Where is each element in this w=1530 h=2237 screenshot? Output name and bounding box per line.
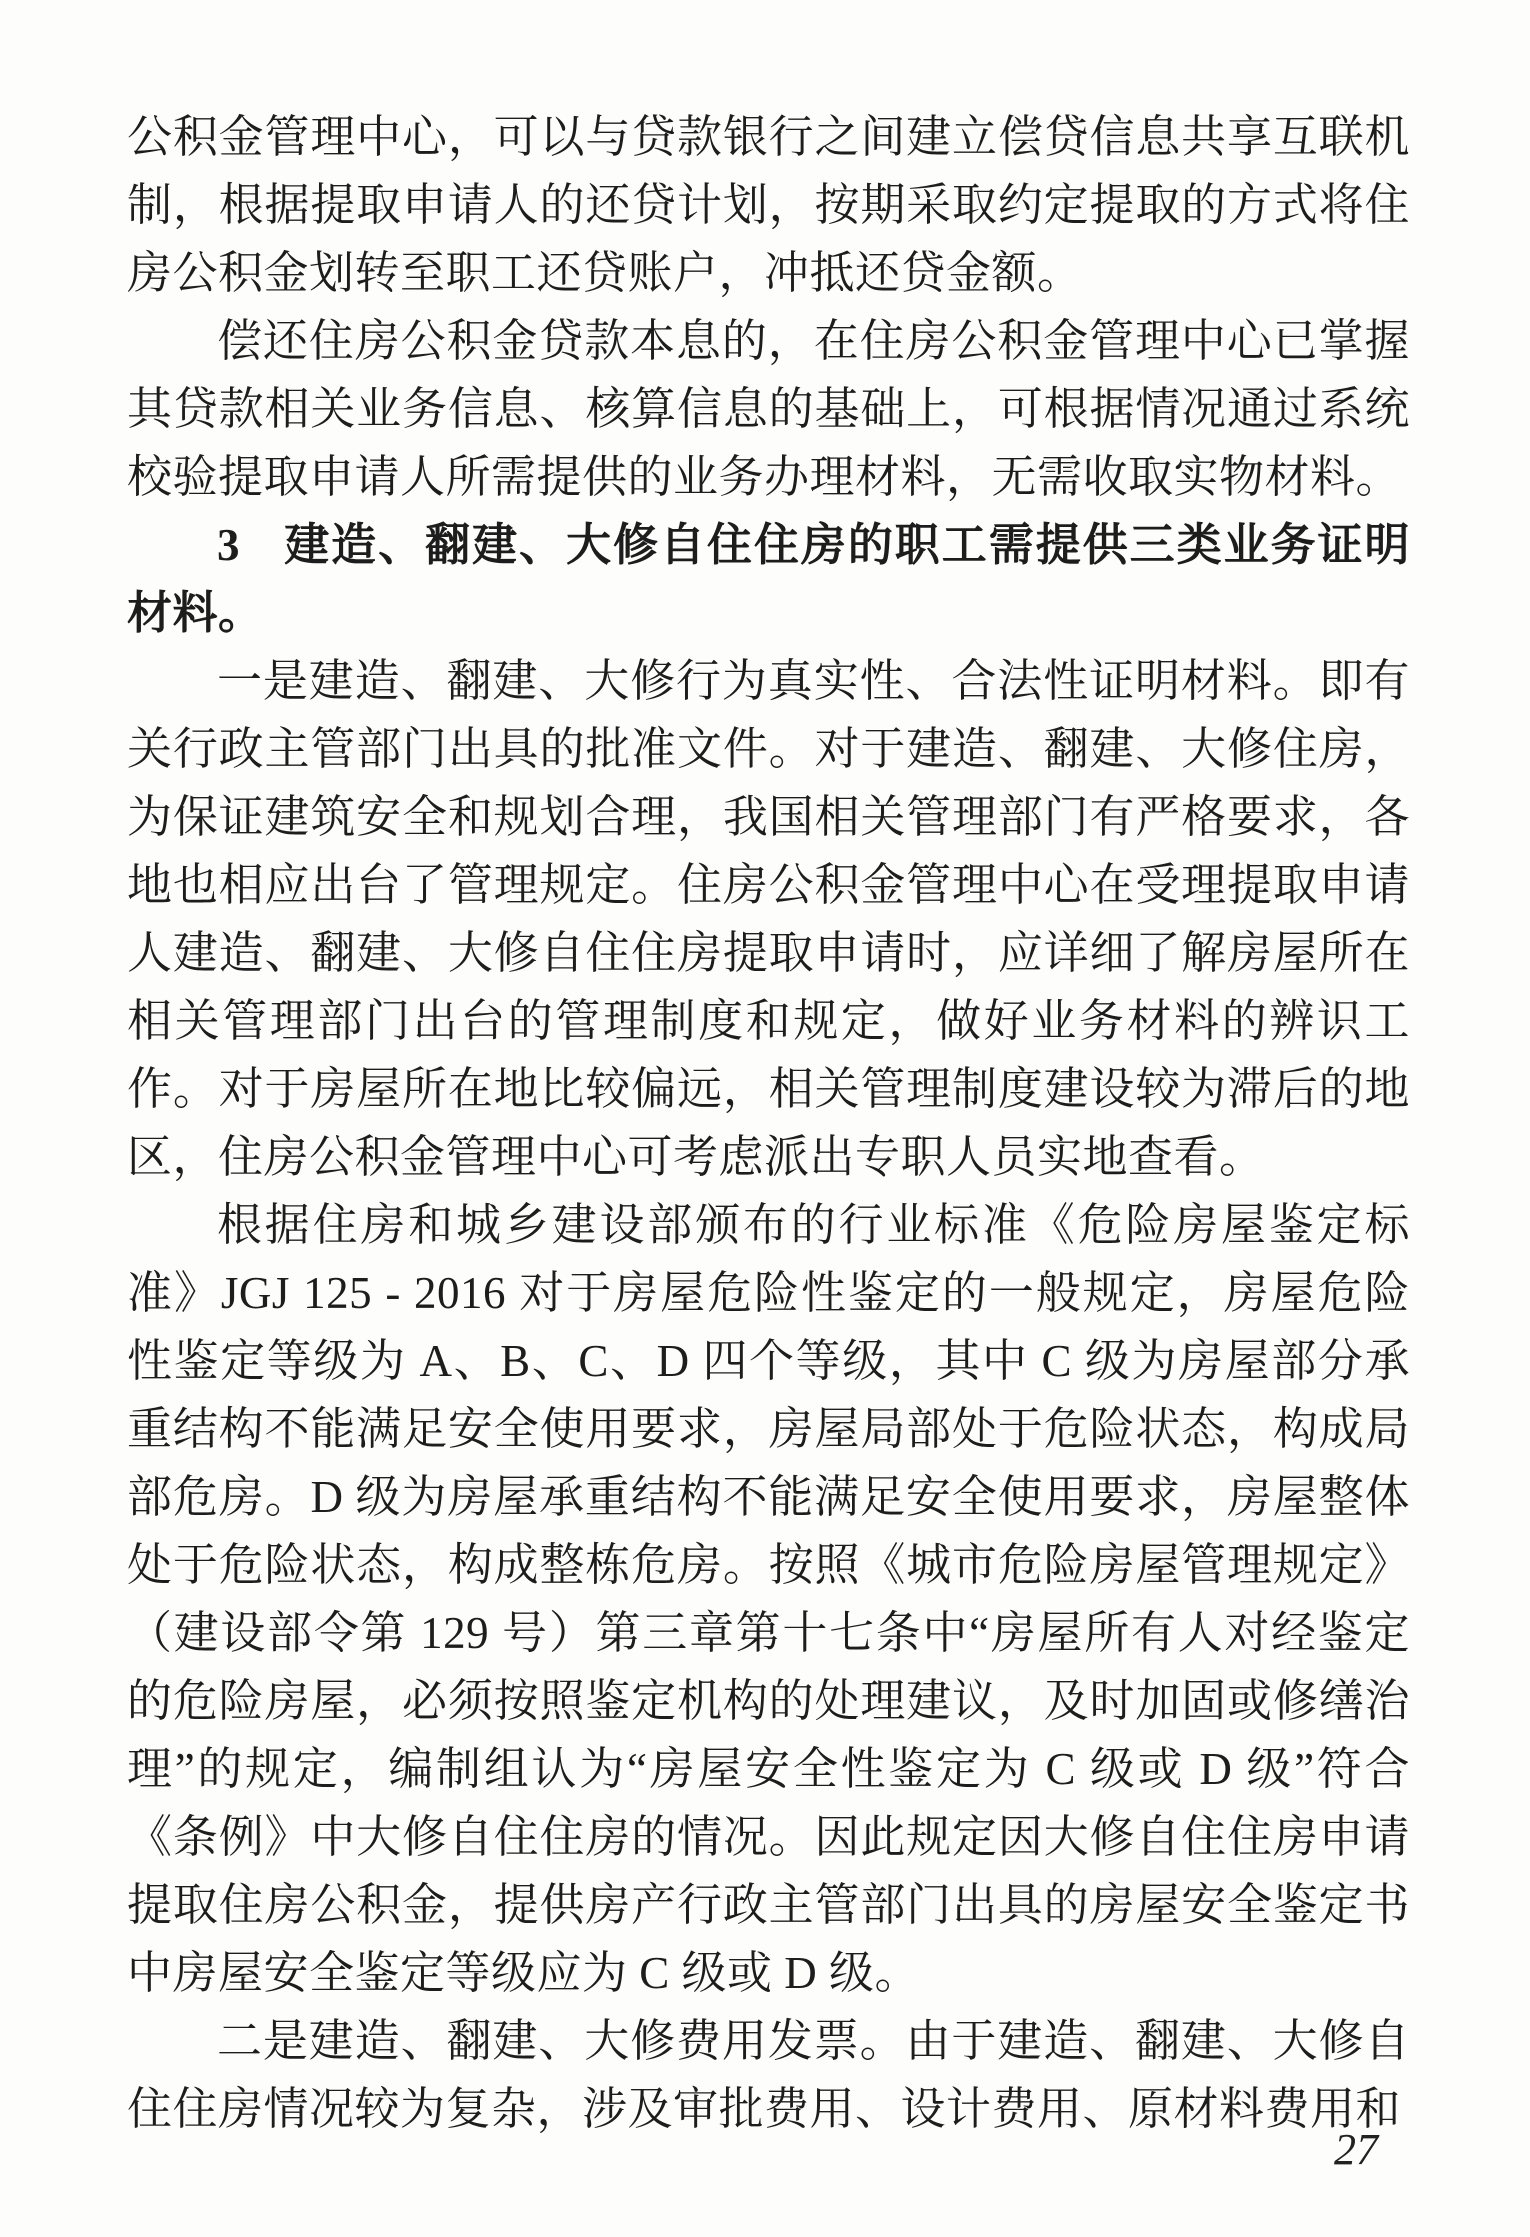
clause-heading: 3建造、翻建、大修自住住房的职工需提供三类业务证明材料。	[127, 511, 1410, 647]
paragraph-continuation: 公积金管理中心，可以与贷款银行之间建立偿贷信息共享互联机制，根据提取申请人的还贷…	[127, 103, 1410, 307]
paragraph-second-material: 二是建造、翻建、大修费用发票。由于建造、翻建、大修自住住房情况较为复杂，涉及审批…	[127, 2007, 1410, 2143]
page-number: 27	[1334, 2128, 1378, 2172]
paragraph-first-material: 一是建造、翻建、大修行为真实性、合法性证明材料。即有关行政主管部门出具的批准文件…	[127, 647, 1410, 1191]
clause-number: 3	[217, 520, 240, 570]
paragraph-repayment: 偿还住房公积金贷款本息的，在住房公积金管理中心已掌握其贷款相关业务信息、核算信息…	[127, 307, 1410, 511]
clause-title: 建造、翻建、大修自住住房的职工需提供三类业务证明材料。	[127, 520, 1410, 638]
page-body: 公积金管理中心，可以与贷款银行之间建立偿贷信息共享互联机制，根据提取申请人的还贷…	[127, 103, 1410, 2143]
paragraph-standard-jgj: 根据住房和城乡建设部颁布的行业标准《危险房屋鉴定标准》JGJ 125 - 201…	[127, 1191, 1410, 2007]
document-page: 公积金管理中心，可以与贷款银行之间建立偿贷信息共享互联机制，根据提取申请人的还贷…	[0, 0, 1530, 2237]
